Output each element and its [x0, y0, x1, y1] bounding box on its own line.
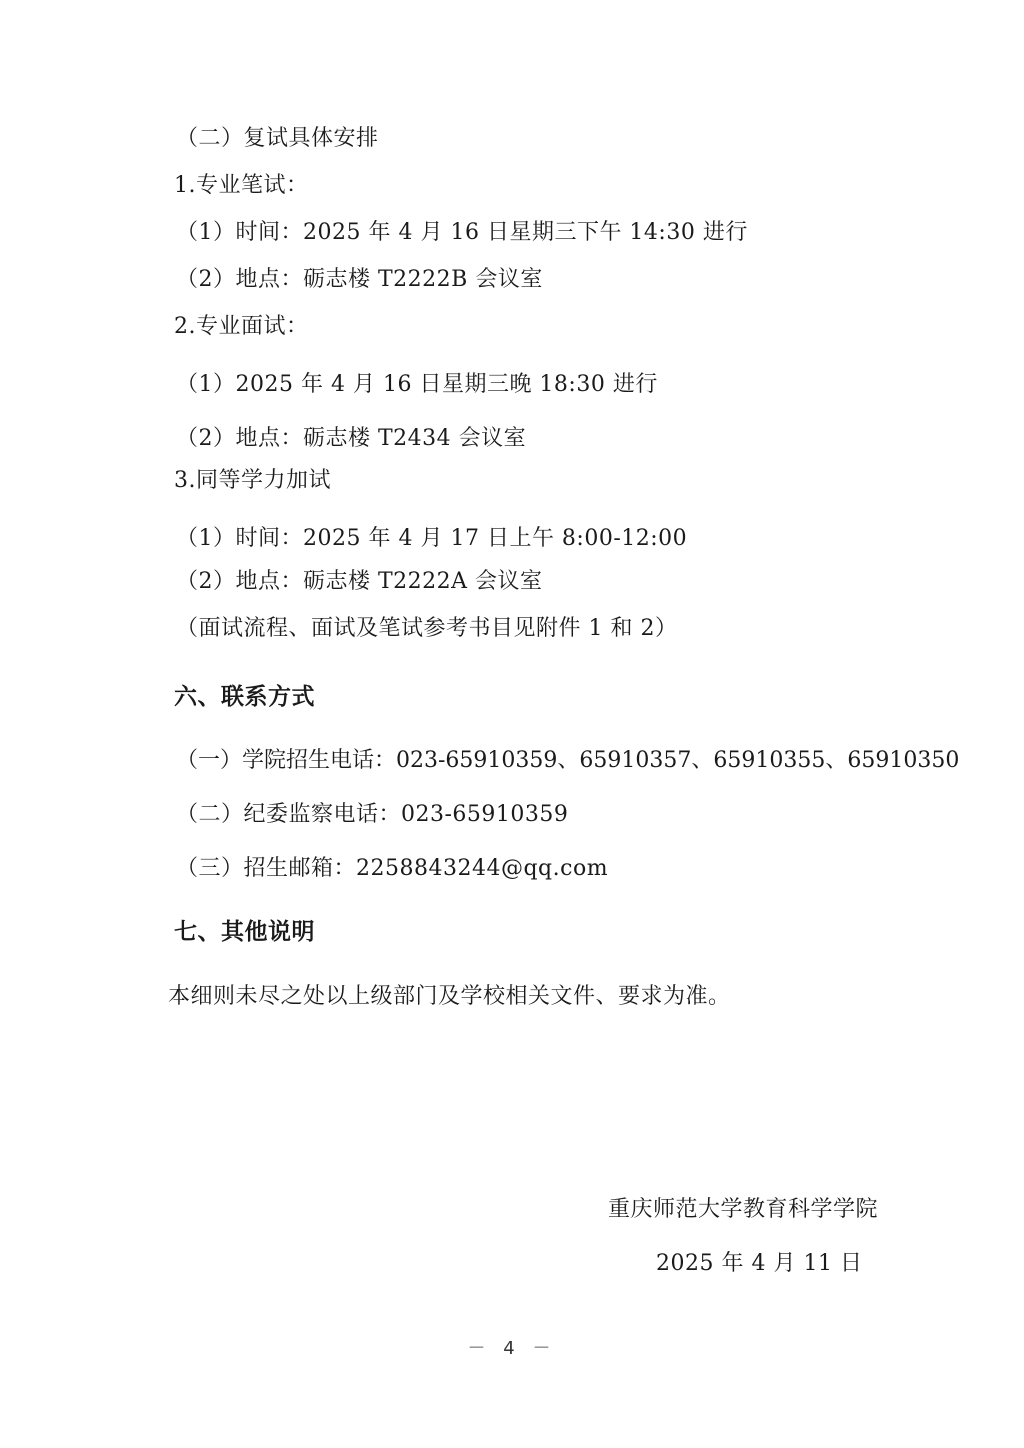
subsection-title-retest-schedule: （二）复试具体安排 [176, 125, 379, 153]
reference-note: （面试流程、面试及笔试参考书目见附件 1 和 2） [176, 615, 677, 643]
interview-place: （2）地点：砺志楼 T2434 会议室 [176, 425, 526, 453]
equivalent-exam-place: （2）地点：砺志楼 T2222A 会议室 [176, 568, 543, 596]
written-exam-time: （1）时间：2025 年 4 月 16 日星期三下午 14:30 进行 [176, 219, 748, 247]
equivalent-exam-title: 3.同等学力加试 [174, 467, 331, 495]
other-notes-body: 本细则未尽之处以上级部门及学校相关文件、要求为准。 [168, 983, 731, 1011]
section-heading-other: 七、其他说明 [174, 918, 315, 946]
contact-admission-email: （三）招生邮箱：2258843244@qq.com [176, 855, 608, 883]
written-exam-place: （2）地点：砺志楼 T2222B 会议室 [176, 266, 543, 294]
contact-supervision-phone: （二）纪委监察电话：023-65910359 [176, 801, 568, 829]
interview-time: （1）2025 年 4 月 16 日星期三晚 18:30 进行 [176, 371, 658, 399]
signature-date: 2025 年 4 月 11 日 [656, 1250, 862, 1278]
contact-admission-phone: （一）学院招生电话：023-65910359、65910357、65910355… [176, 747, 959, 775]
equivalent-exam-time: （1）时间：2025 年 4 月 17 日上午 8:00-12:00 [176, 525, 687, 553]
interview-title: 2.专业面试： [174, 313, 309, 341]
signature-organization: 重庆师范大学教育科学学院 [608, 1196, 878, 1224]
written-exam-title: 1.专业笔试： [174, 172, 309, 200]
section-heading-contact: 六、联系方式 [174, 683, 315, 711]
page-number: － 4 － [0, 1334, 1024, 1360]
